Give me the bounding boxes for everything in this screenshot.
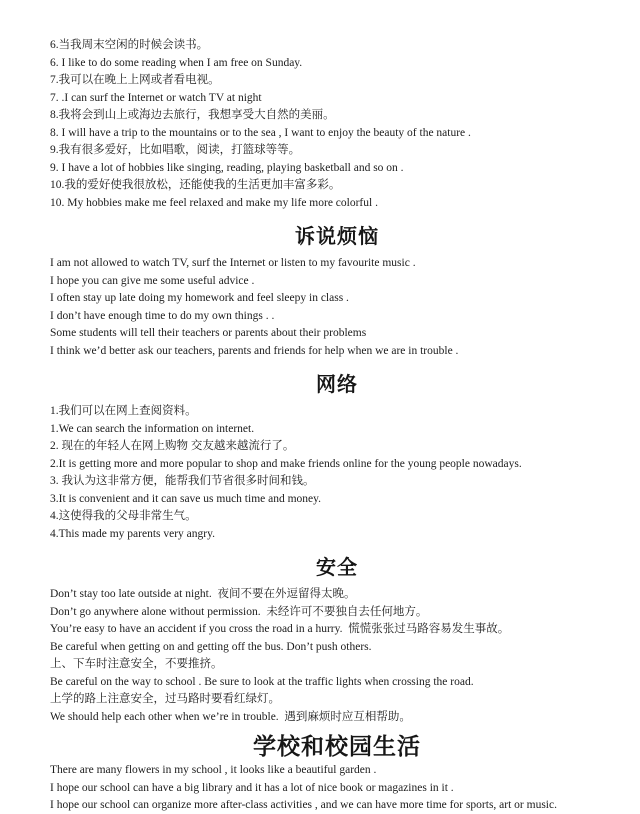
- text-line: 4.这使得我的父母非常生气。: [50, 508, 624, 526]
- text-line: You’re easy to have an accident if you c…: [50, 621, 624, 639]
- section-heading: 安全: [50, 555, 624, 581]
- text-line: I often stay up late doing my homework a…: [50, 290, 624, 308]
- text-line: 上、下车时注意安全，不要推挤。: [50, 656, 624, 674]
- section-3: 网络1.我们可以在网上查阅资料。1.We can search the info…: [50, 372, 624, 543]
- text-line: There are many flowers in my school , it…: [50, 762, 624, 780]
- text-line: 1.We can search the information on inter…: [50, 421, 624, 439]
- text-line: Don’t stay too late outside at night. 夜间…: [50, 586, 624, 604]
- section-4: 安全Don’t stay too late outside at night. …: [50, 555, 624, 726]
- text-line: 10.我的爱好使我很放松，还能使我的生活更加丰富多彩。: [50, 177, 624, 195]
- text-line: Don’t go anywhere alone without permissi…: [50, 604, 624, 622]
- text-line: I hope our school can have a big library…: [50, 780, 624, 798]
- section-5: 学校和校园生活There are many flowers in my scho…: [50, 732, 624, 814]
- text-line: 8. I will have a trip to the mountains o…: [50, 125, 624, 143]
- text-line: 10. My hobbies make me feel relaxed and …: [50, 195, 624, 213]
- text-line: 4.This made my parents very angry.: [50, 526, 624, 544]
- text-line: 8.我将会到山上或海边去旅行，我想享受大自然的美丽。: [50, 107, 624, 125]
- section-1: 6.当我周末空闲的时候会读书。6. I like to do some read…: [50, 37, 624, 212]
- section-2: 诉说烦恼I am not allowed to watch TV, surf t…: [50, 224, 624, 360]
- section-heading: 诉说烦恼: [50, 224, 624, 250]
- text-line: 上学的路上注意安全，过马路时要看红绿灯。: [50, 691, 624, 709]
- text-line: I think we’d better ask our teachers, pa…: [50, 343, 624, 361]
- text-line: I hope you can give me some useful advic…: [50, 273, 624, 291]
- text-line: 3.It is convenient and it can save us mu…: [50, 491, 624, 509]
- text-line: 6. I like to do some reading when I am f…: [50, 55, 624, 73]
- text-line: 9. I have a lot of hobbies like singing,…: [50, 160, 624, 178]
- text-line: I am not allowed to watch TV, surf the I…: [50, 255, 624, 273]
- document-content: 6.当我周末空闲的时候会读书。6. I like to do some read…: [0, 0, 640, 814]
- text-line: Be careful on the way to school . Be sur…: [50, 674, 624, 692]
- text-line: Be careful when getting on and getting o…: [50, 639, 624, 657]
- text-line: 3. 我认为这非常方便，能帮我们节省很多时间和钱。: [50, 473, 624, 491]
- text-line: 6.当我周末空闲的时候会读书。: [50, 37, 624, 55]
- text-line: 2.It is getting more and more popular to…: [50, 456, 624, 474]
- text-line: Some students will tell their teachers o…: [50, 325, 624, 343]
- text-line: I don’t have enough time to do my own th…: [50, 308, 624, 326]
- text-line: 7.我可以在晚上上网或者看电视。: [50, 72, 624, 90]
- section-heading: 网络: [50, 372, 624, 398]
- text-line: 9.我有很多爱好，比如唱歌，阅读，打篮球等等。: [50, 142, 624, 160]
- text-line: We should help each other when we’re in …: [50, 709, 624, 727]
- document-page: 6.当我周末空闲的时候会读书。6. I like to do some read…: [0, 0, 640, 814]
- text-line: 1.我们可以在网上查阅资料。: [50, 403, 624, 421]
- text-line: 2. 现在的年轻人在网上购物 交友越来越流行了。: [50, 438, 624, 456]
- text-line: 7. .I can surf the Internet or watch TV …: [50, 90, 624, 108]
- text-line: I hope our school can organize more afte…: [50, 797, 624, 814]
- section-heading: 学校和校园生活: [50, 732, 624, 760]
